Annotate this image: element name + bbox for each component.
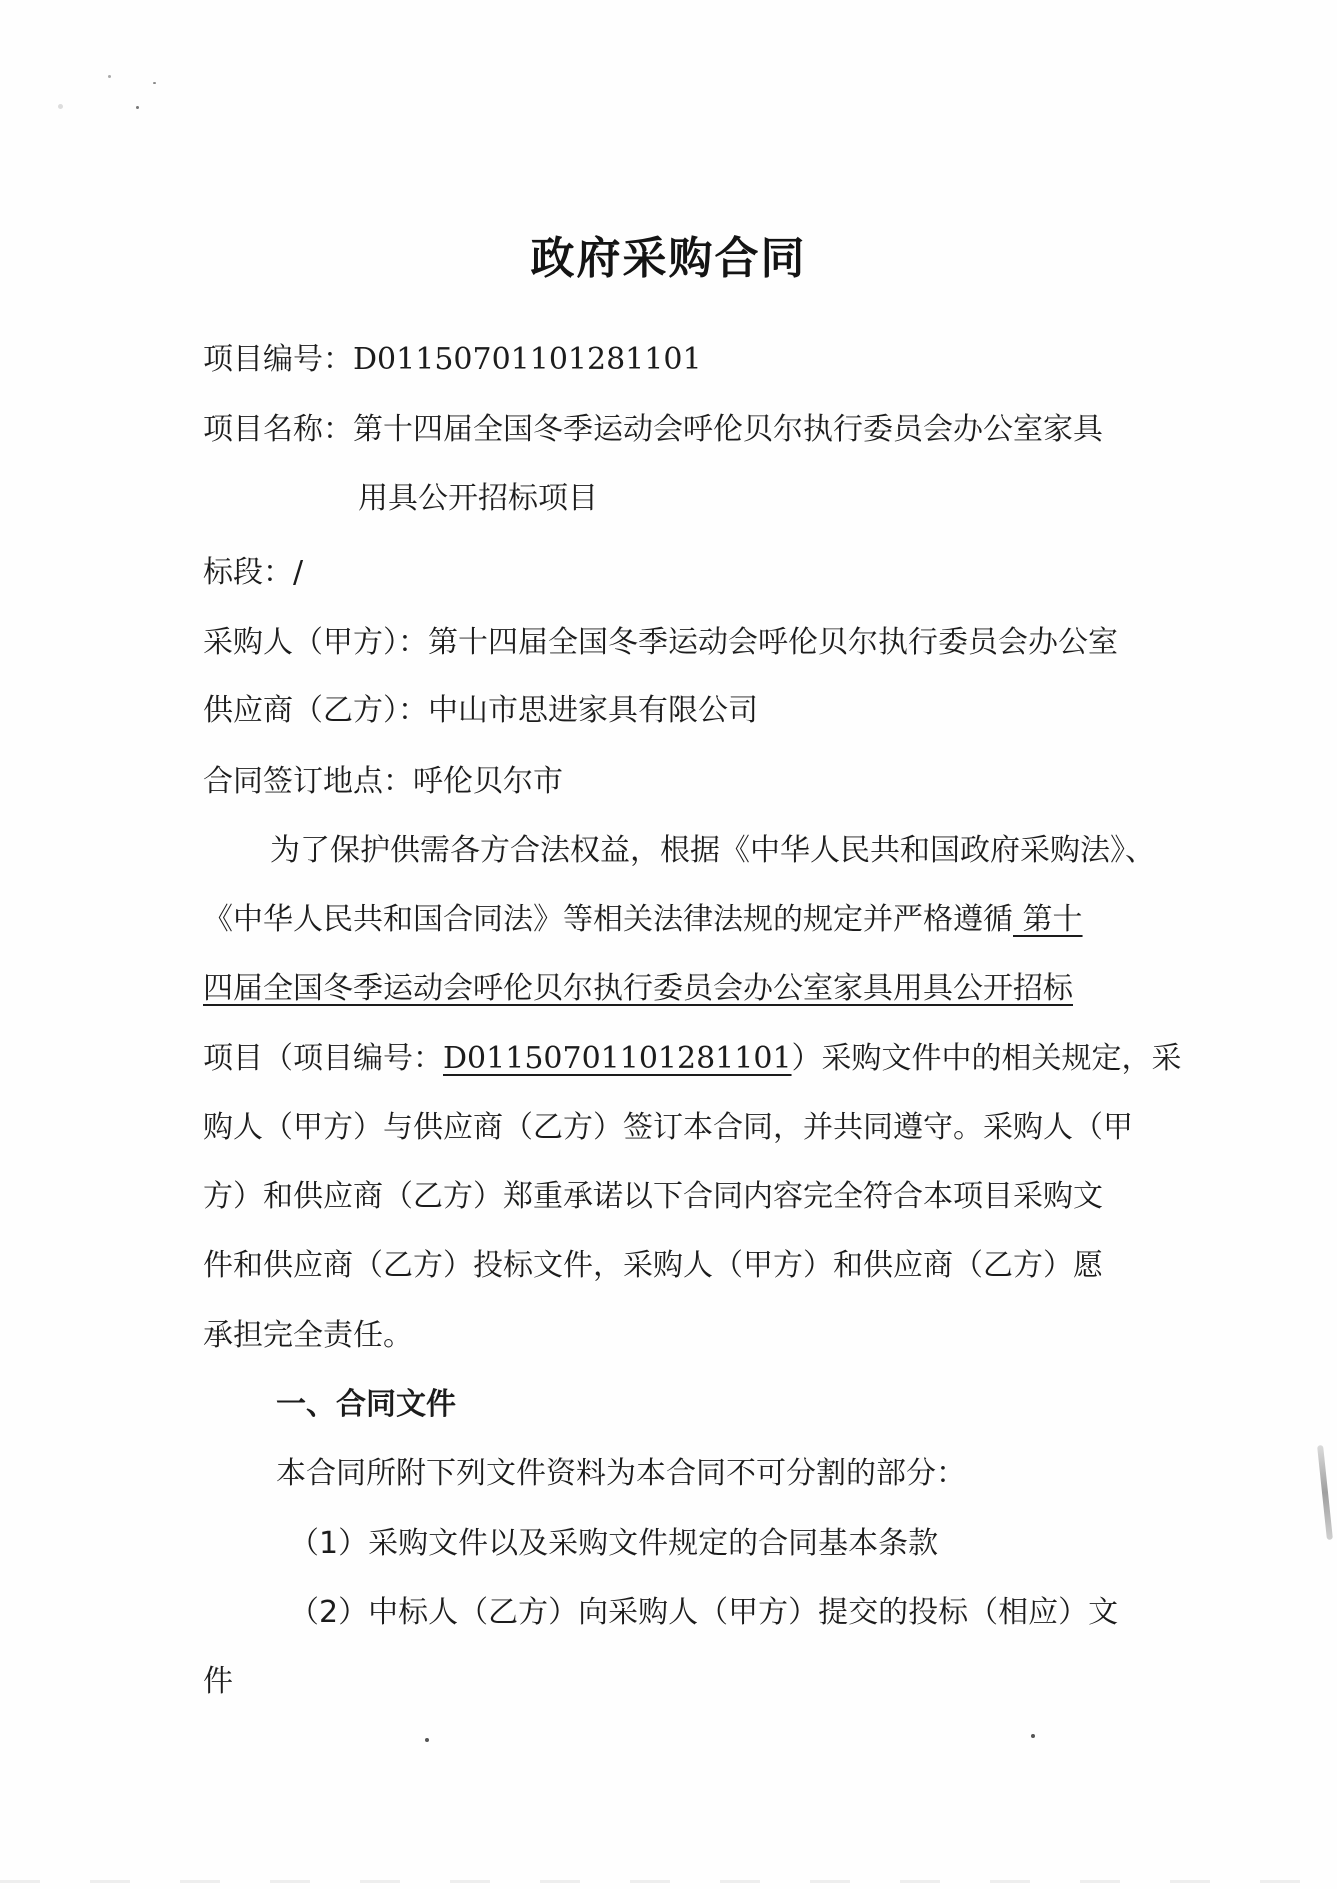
scan-speck xyxy=(425,1738,429,1742)
preamble-line-4-before: 项目（项目编号： xyxy=(203,1041,443,1076)
supplier-value: 中山市思进家具有限公司 xyxy=(428,693,758,728)
preamble-line-3: 四届全国冬季运动会呼伦贝尔执行委员会办公室家具用具公开招标 xyxy=(203,969,1073,1009)
section-1-item-2: （2）中标人（乙方）向采购人（甲方）提交的投标（相应）文 xyxy=(289,1593,1118,1633)
project-number-line: 项目编号：D01150701101281101 xyxy=(203,340,702,380)
preamble-line-2: 《中华人民共和国合同法》等相关法律法规的规定并严格遵循 第十 xyxy=(203,900,1083,940)
section-1-item-1: （1）采购文件以及采购文件规定的合同基本条款 xyxy=(289,1524,938,1564)
preamble-project-name-underlined-cont: 四届全国冬季运动会呼伦贝尔执行委员会办公室家具用具公开招标 xyxy=(203,971,1073,1006)
section-label: 标段： xyxy=(203,555,293,590)
preamble-line-4: 项目（项目编号：D01150701101281101）采购文件中的相关规定，采 xyxy=(203,1039,1182,1079)
section-value: / xyxy=(293,555,303,590)
purchaser-value: 第十四届全国冬季运动会呼伦贝尔执行委员会办公室 xyxy=(428,625,1118,660)
preamble-line-1: 为了保护供需各方合法权益，根据《中华人民共和国政府采购法》、 xyxy=(270,831,1155,871)
signing-place-label: 合同签订地点： xyxy=(203,764,413,799)
document-title: 政府采购合同 xyxy=(0,222,1337,286)
project-name-label: 项目名称： xyxy=(203,412,353,447)
project-number-label: 项目编号： xyxy=(203,342,353,377)
purchaser-label: 采购人（甲方）： xyxy=(203,625,428,660)
section-line: 标段：/ xyxy=(203,553,303,593)
supplier-line: 供应商（乙方）：中山市思进家具有限公司 xyxy=(203,691,758,731)
section-1-heading: 一、合同文件 xyxy=(276,1385,456,1425)
document-page: 政府采购合同 项目编号：D01150701101281101 项目名称：第十四届… xyxy=(0,0,1337,1889)
preamble-line-4-after: ）采购文件中的相关规定，采 xyxy=(792,1041,1182,1076)
signing-place-value: 呼伦贝尔市 xyxy=(413,764,563,799)
purchaser-line: 采购人（甲方）：第十四届全国冬季运动会呼伦贝尔执行委员会办公室 xyxy=(203,623,1118,663)
preamble-line-8: 承担完全责任。 xyxy=(203,1316,413,1356)
scan-speck xyxy=(1031,1734,1035,1738)
project-name-line: 项目名称：第十四届全国冬季运动会呼伦贝尔执行委员会办公室家具 xyxy=(203,410,1103,450)
preamble-line-5: 购人（甲方）与供应商（乙方）签订本合同，并共同遵守。采购人（甲 xyxy=(203,1108,1133,1148)
supplier-label: 供应商（乙方）： xyxy=(203,693,428,728)
preamble-project-name-underlined: 第十 xyxy=(1013,902,1083,937)
scan-edge-smudge xyxy=(1317,1445,1333,1540)
preamble-line-7: 件和供应商（乙方）投标文件，采购人（甲方）和供应商（乙方）愿 xyxy=(203,1246,1103,1286)
preamble-line-6: 方）和供应商（乙方）郑重承诺以下合同内容完全符合本项目采购文 xyxy=(203,1177,1103,1217)
project-name-value: 第十四届全国冬季运动会呼伦贝尔执行委员会办公室家具 xyxy=(353,412,1103,447)
project-name-continuation: 用具公开招标项目 xyxy=(358,479,598,519)
section-1-item-2-wrap: 件 xyxy=(203,1662,233,1702)
section-1-intro: 本合同所附下列文件资料为本合同不可分割的部分： xyxy=(276,1454,966,1494)
signing-place-line: 合同签订地点：呼伦贝尔市 xyxy=(203,762,563,802)
preamble-line-2-text: 《中华人民共和国合同法》等相关法律法规的规定并严格遵循 xyxy=(203,902,1013,937)
scan-speck xyxy=(108,75,111,78)
scan-speck xyxy=(153,82,156,84)
preamble-project-number-underlined: D01150701101281101 xyxy=(443,1041,792,1076)
scan-bottom-edge xyxy=(0,1880,1337,1883)
scan-speck xyxy=(136,106,139,109)
project-number-value: D01150701101281101 xyxy=(353,342,702,377)
scan-speck xyxy=(58,104,63,109)
